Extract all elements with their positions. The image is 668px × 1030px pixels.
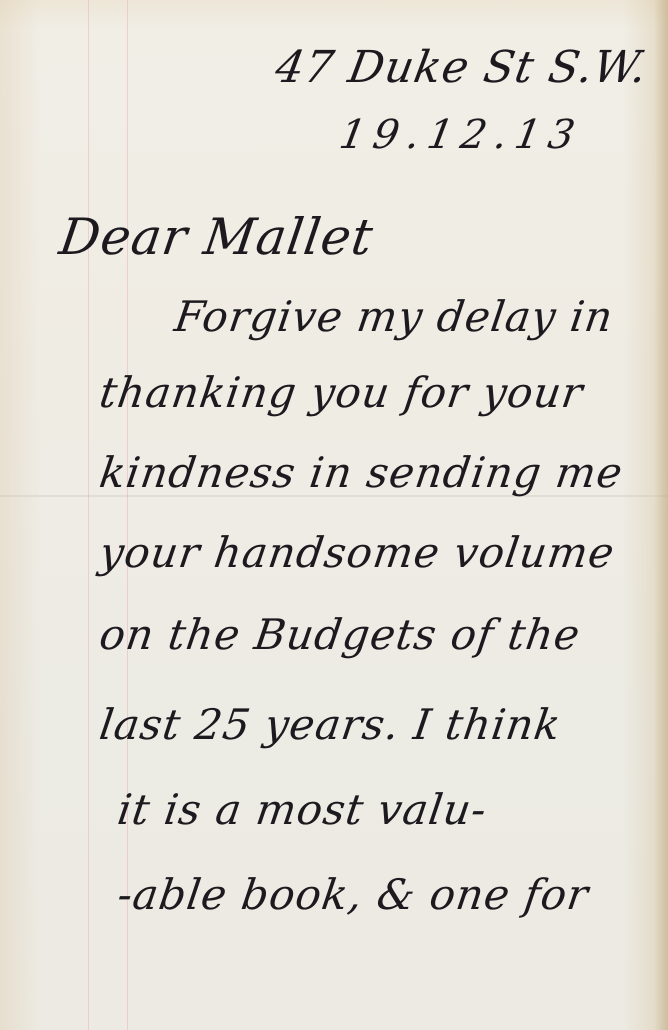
sender-address: 47 Duke St S.W. <box>272 42 652 93</box>
body-line-8: -able book, & one for <box>115 870 592 919</box>
paper-edge-shadow <box>654 0 668 1030</box>
body-line-5: on the Budgets of the <box>97 610 584 659</box>
body-line-6: last 25 years. I think <box>97 700 565 749</box>
body-line-3: kindness in sending me <box>97 448 627 497</box>
body-line-7: it is a most valu- <box>115 785 491 834</box>
letter-paper: 47 Duke St S.W. 19.12.13 Dear Mallet For… <box>0 0 668 1030</box>
margin-line-left <box>88 0 89 1030</box>
salutation: Dear Mallet <box>56 208 377 266</box>
body-line-2: thanking you for your <box>97 368 587 417</box>
body-line-1: Forgive my delay in <box>172 292 617 341</box>
letter-date: 19.12.13 <box>336 112 586 158</box>
body-line-4: your handsome volume <box>97 528 618 577</box>
